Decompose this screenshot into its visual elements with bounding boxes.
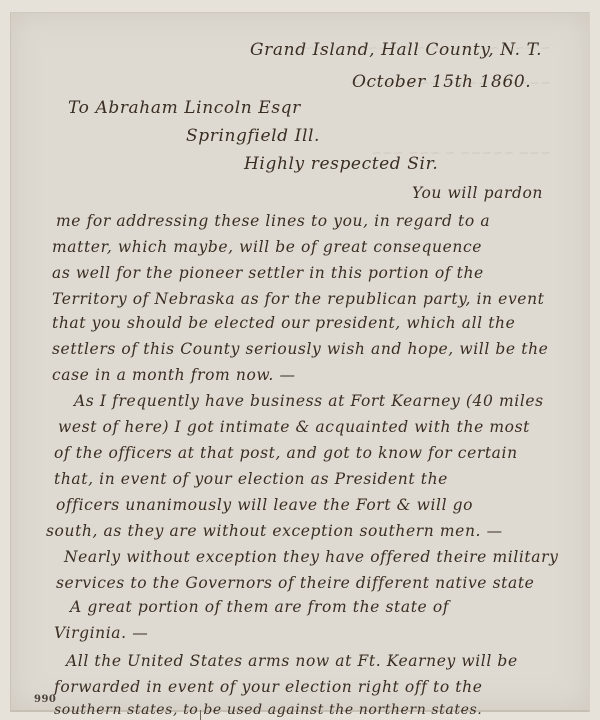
body-line: Virginia. — <box>54 624 148 642</box>
body-line: that, in event of your election as Presi… <box>54 470 448 488</box>
body-line: Territory of Nebraska as for the republi… <box>52 290 544 308</box>
body-line: south, as they are without exception sou… <box>46 522 503 540</box>
body-line: southern states, to be used against the … <box>54 702 482 718</box>
letter-date: October 15th 1860. <box>352 72 531 92</box>
body-line: me for addressing these lines to you, in… <box>56 212 490 230</box>
body-line: services to the Governors of theire diff… <box>56 574 534 592</box>
body-line: A great portion of them are from the sta… <box>70 598 449 616</box>
recipient: To Abraham Lincoln Esqr <box>68 98 301 118</box>
folio-number: 990 <box>34 694 56 705</box>
body-line: Nearly without exception they have offer… <box>64 548 558 566</box>
body-line: As I frequently have business at Fort Ke… <box>74 392 544 410</box>
body-line: as well for the pioneer settler in this … <box>52 264 484 282</box>
body-line: You will pardon <box>412 184 543 202</box>
body-line: All the United States arms now at Ft. Ke… <box>66 652 518 670</box>
salutation: Highly respected Sir. <box>244 154 438 174</box>
body-line: settlers of this County seriously wish a… <box>52 340 548 358</box>
scanned-page: ~ ~~~ ~~ ~~~~ ~ ~~~~~ ~~ ~~~~ ~~~~ ~ ~~~… <box>0 0 600 720</box>
body-line: of the officers at that post, and got to… <box>54 444 518 462</box>
body-line: forwarded in event of your election righ… <box>54 678 483 696</box>
body-line: matter, which maybe, will be of great co… <box>52 238 482 256</box>
recipient-location: Springfield Ill. <box>186 126 320 146</box>
body-line: case in a month from now. — <box>52 366 296 384</box>
body-line: officers unanimously will leave the Fort… <box>56 496 473 514</box>
body-line: that you should be elected our president… <box>52 314 515 332</box>
mount-edge <box>200 710 201 720</box>
letter-place: Grand Island, Hall County, N. T. <box>250 40 542 60</box>
body-line: west of here) I got intimate & acquainte… <box>58 418 530 436</box>
